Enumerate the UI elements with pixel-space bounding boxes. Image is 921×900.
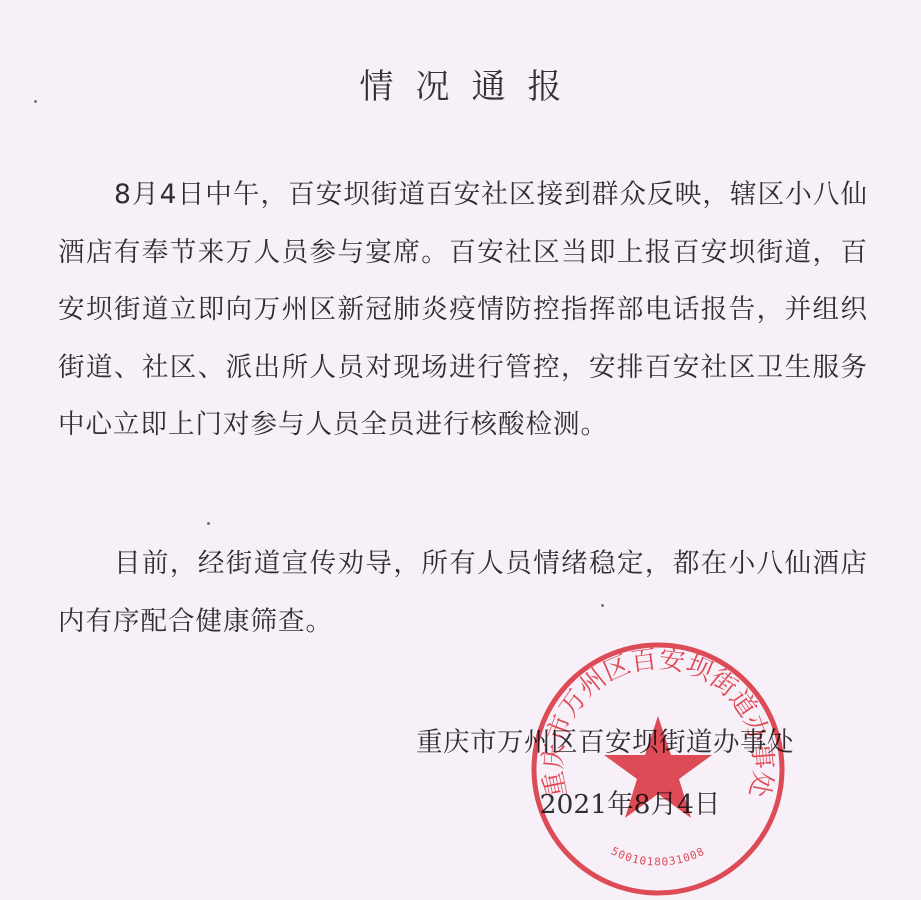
official-seal-icon: 重庆市万州区百安坝街道办事处 5001018031008	[527, 638, 789, 900]
seal-code: 5001018031008	[609, 845, 707, 869]
star-icon	[604, 716, 712, 818]
paragraph-2-container: 目前，经街道宣传劝导，所有人员情绪稳定，都在小八仙酒店内有序配合健康筛查。	[58, 535, 868, 650]
scan-speck	[34, 100, 37, 103]
official-notice-page: 情况通报 8月4日中午，百安坝街道百安社区接到群众反映，辖区小八仙酒店有奉节来万…	[0, 0, 921, 900]
scan-speck	[601, 604, 604, 607]
paragraph-1-container: 8月4日中午，百安坝街道百安社区接到群众反映，辖区小八仙酒店有奉节来万人员参与宴…	[58, 166, 868, 454]
document-title: 情况通报	[0, 59, 921, 108]
scan-speck	[207, 522, 210, 525]
paragraph-1: 8月4日中午，百安坝街道百安社区接到群众反映，辖区小八仙酒店有奉节来万人员参与宴…	[58, 166, 868, 454]
paragraph-2: 目前，经街道宣传劝导，所有人员情绪稳定，都在小八仙酒店内有序配合健康筛查。	[58, 535, 868, 650]
